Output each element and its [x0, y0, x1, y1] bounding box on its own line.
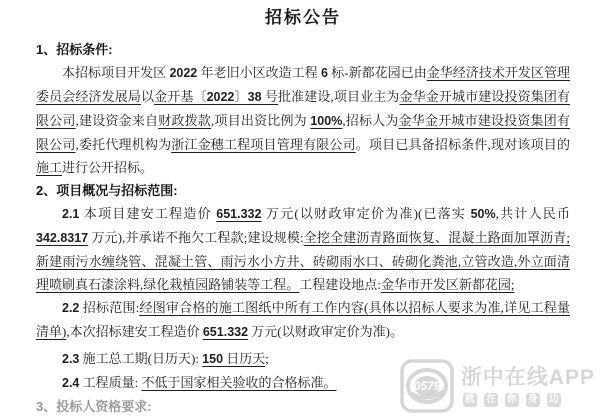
clause-2-2-paragraph: 2.2 招标范围:经图审合格的施工图纸中所有工作内容(具体以招标人要求为准,详见…: [36, 296, 570, 344]
clause-2-3-paragraph: 2.3 施工总工期(日历天): 150 日历天;: [36, 347, 570, 371]
document-page: 招标公告 1、招标条件: 本招标项目开发区 2022 年老旧小区改造工程 6 标…: [0, 0, 600, 418]
clause-2-1-paragraph: 2.1 本项目建安工程造价 651.332 万元(以财政审定价为准)(已落实 5…: [36, 202, 570, 296]
section-2-heading: 2、项目概况与招标范围:: [36, 179, 570, 202]
document-title: 招标公告: [36, 6, 570, 30]
document-body: 招标公告 1、招标条件: 本招标项目开发区 2022 年老旧小区改造工程 6 标…: [0, 0, 600, 418]
clause-2-4-paragraph: 2.4 工程质量: 不低于国家相关验收的合格标准。: [36, 371, 570, 395]
section-1-heading: 1、招标条件:: [36, 38, 570, 61]
section-3-heading-clipped: 3、投标人资格要求:: [36, 395, 570, 418]
section-1-paragraph: 本招标项目开发区 2022 年老旧小区改造工程 6 标-新都花园已由金华经济技术…: [36, 61, 570, 179]
